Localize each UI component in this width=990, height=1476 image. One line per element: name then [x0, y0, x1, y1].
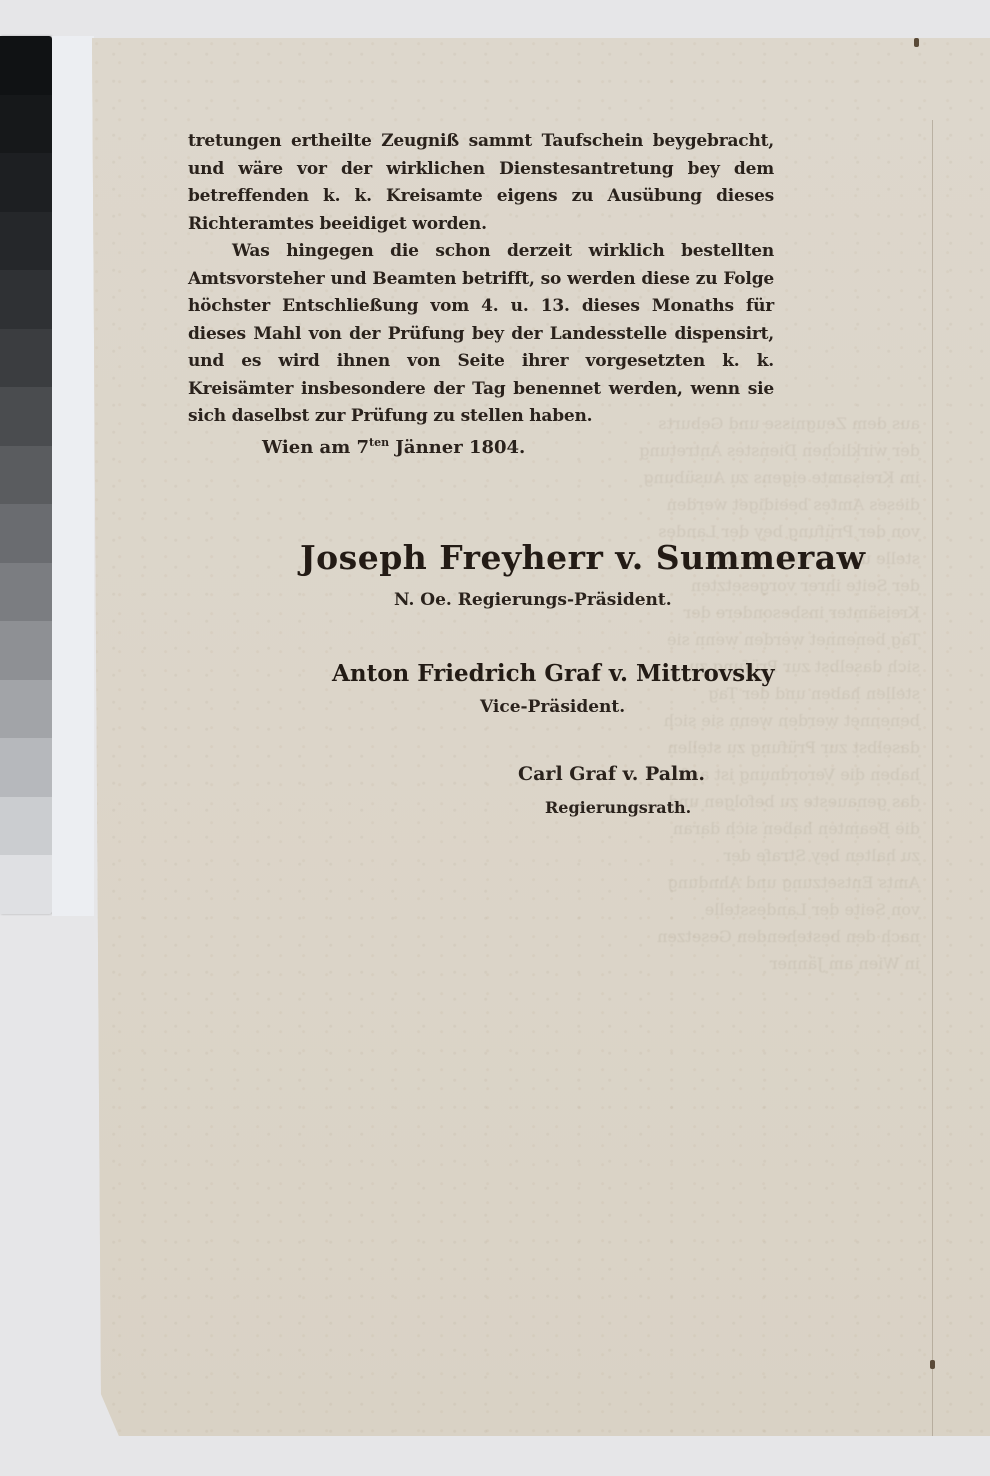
- gray-step: [0, 855, 52, 914]
- ink-speck: [930, 1360, 935, 1369]
- signature-title-councillor: Regierungsrath.: [545, 798, 691, 817]
- gray-step: [0, 563, 52, 622]
- paragraph-continuation: tretungen ertheilte Zeugniß sammt Taufsc…: [188, 128, 774, 238]
- paragraph-officials: Was hingegen die schon derzeit wirklich …: [188, 238, 774, 431]
- grayscale-calibration-strip: [0, 36, 52, 914]
- gray-step: [0, 36, 52, 95]
- signature-name-vice-president: Anton Friedrich Graf v. Mittrovsky: [332, 660, 775, 687]
- signature-name-president: Joseph Freyherr v. Summeraw: [300, 538, 866, 577]
- signature-title-president: N. Oe. Regierungs-Präsident.: [394, 590, 672, 610]
- gray-step: [0, 387, 52, 446]
- gray-step: [0, 738, 52, 797]
- gray-step: [0, 504, 52, 563]
- gray-step: [0, 797, 52, 856]
- paper-fold-line: [932, 120, 933, 1436]
- gray-step: [0, 153, 52, 212]
- ink-speck: [914, 38, 919, 47]
- signature-title-vice-president: Vice-Präsident.: [480, 697, 625, 717]
- scan-mat: [52, 36, 94, 916]
- gray-step: [0, 270, 52, 329]
- date-place: Wien am 7: [262, 437, 369, 458]
- bleed-through-text: aus dem Zeugnisse und Geburts der wirkli…: [420, 410, 920, 977]
- document-body: tretungen ertheilte Zeugniß sammt Taufsc…: [188, 128, 774, 431]
- signature-name-councillor: Carl Graf v. Palm.: [518, 763, 705, 785]
- gray-step: [0, 446, 52, 505]
- date-month-year: Jänner 1804.: [389, 437, 525, 458]
- gray-step: [0, 621, 52, 680]
- gray-step: [0, 680, 52, 739]
- gray-step: [0, 212, 52, 271]
- date-ordinal: ten: [369, 436, 389, 449]
- date-line: Wien am 7ten Jänner 1804.: [262, 436, 525, 458]
- gray-step: [0, 95, 52, 154]
- gray-step: [0, 329, 52, 388]
